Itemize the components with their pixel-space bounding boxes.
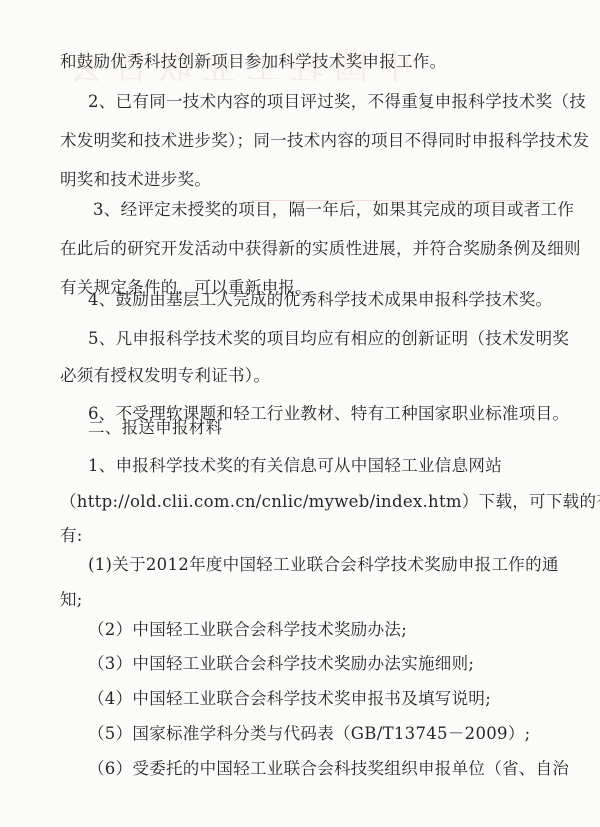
text-line: 明奖和技术进步奖。 (60, 170, 560, 190)
text-line: 2、已有同一技术内容的项目评过奖，不得重复申报科学技术奖（技 (88, 92, 588, 112)
text-line: 知; (60, 590, 560, 610)
text-line: （http://old.clii.com.cn/cnlic/myweb/inde… (60, 492, 560, 512)
list-item: （2）中国轻工业联合会科学技术奖励办法; (88, 620, 588, 640)
text-line: 必须有授权发明专利证书）。 (60, 366, 560, 386)
text-line: 和鼓励优秀科技创新项目参加科学技术奖申报工作。 (60, 52, 560, 72)
text-line: 在此后的研究开发活动中获得新的实质性进展，并符合奖励条例及细则 (60, 239, 560, 259)
text-line: 5、凡申报科学技术奖的项目均应有相应的创新证明（技术发明奖 (88, 329, 588, 349)
section-heading: 二、报送申报材料 (88, 418, 588, 438)
text-line: 术发明奖和技术进步奖）；同一技术内容的项目不得同时申报科学技术发 (60, 131, 560, 151)
list-item: （6）受委托的中国轻工业联合会科技奖组织申报单位（省、自治 (88, 759, 588, 779)
scanned-page: 中国轻工业联合会 和鼓励优秀科技创新项目参加科学技术奖申报工作。 2、已有同一技… (0, 0, 600, 827)
text-line: 1、申报科学技术奖的有关信息可从中国轻工业信息网站 (88, 456, 588, 476)
text-line: 4、鼓励由基层工人完成的优秀科学技术成果申报科学技术奖。 (88, 290, 588, 310)
list-item: （5）国家标准学科分类与代码表（GB/T13745－2009）; (88, 724, 588, 744)
list-item: (1)关于2012年度中国轻工业联合会科学技术奖励申报工作的通 (88, 555, 588, 575)
text-line: 3、经评定未授奖的项目，隔一年后，如果其完成的项目或者工作 (93, 200, 593, 220)
text-line: 有: (60, 526, 560, 546)
list-item: （3）中国轻工业联合会科学技术奖励办法实施细则; (88, 654, 588, 674)
list-item: （4）中国轻工业联合会科学技术奖申报书及填写说明; (88, 689, 588, 709)
